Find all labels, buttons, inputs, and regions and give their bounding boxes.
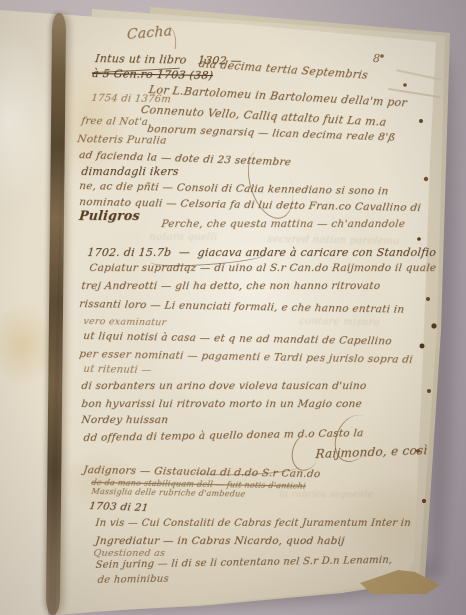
ghost-bleedthrough-line: contare misura [299, 316, 381, 328]
manuscript-line: Jngrediatur — in Cabras Nicardo, quod ha… [95, 535, 346, 547]
manuscript-line: de hominibus [97, 574, 169, 586]
manuscript-line: free al Not'a [81, 116, 149, 128]
manuscript-line: Questioned as [93, 548, 166, 559]
manuscript-line: Perche, che questa mattina — ch'andandol… [161, 218, 406, 230]
handwriting-layer: CachaIntus ut in libro 1302 —dia decima … [0, 0, 466, 615]
manuscript-photo: 8 CachaIntus ut in libro 1302 —dia decim… [0, 0, 466, 615]
manuscript-line: Notteris Puralia [77, 133, 168, 147]
ghost-bleedthrough-line: notara quelli [149, 232, 218, 243]
manuscript-line: ut ritenuti — [83, 364, 152, 376]
manuscript-line: trej Andreotti — gli ha detto, che non h… [81, 280, 381, 292]
manuscript-line: ut liqui notisi à casa — et q ne ad mand… [83, 330, 393, 347]
manuscript-line: dd offenda di tempo à quello donea m d.o… [83, 427, 364, 444]
ghost-bleedthrough-line: la rubrica seguente [279, 490, 374, 500]
manuscript-line: dia decima tertia Septembris [198, 57, 369, 82]
manuscript-line: Puligros [78, 208, 140, 223]
manuscript-line: Capiatur supradiqz — di uino al S.r Can.… [89, 262, 437, 274]
manuscript-line: 1703 di 21 [88, 500, 149, 514]
manuscript-line: vero examinatur [83, 316, 167, 328]
manuscript-line: dimandagli ikers [81, 165, 180, 178]
manuscript-line: per esser nominati — pagamenti e Tardi p… [79, 348, 414, 366]
manuscript-line: bon hyvarissi lui ritrovato morto in un … [81, 398, 363, 410]
manuscript-line: di sorbanters un arino dove violeva taus… [81, 380, 367, 392]
manuscript-line: Raijmondo, e così [315, 443, 428, 461]
manuscript-line: ne, ac die pñti — Consoli di Calia kenne… [79, 180, 390, 197]
manuscript-line: rissanti loro — Li enunciati formali, e … [79, 298, 406, 316]
manuscript-line: Massiglia delle rubriche d'ambedue [91, 487, 246, 499]
manuscript-line: In vis — Cui Constaliti de Cabras fecit … [95, 518, 412, 529]
manuscript-line: Nordey huissan [81, 414, 169, 426]
